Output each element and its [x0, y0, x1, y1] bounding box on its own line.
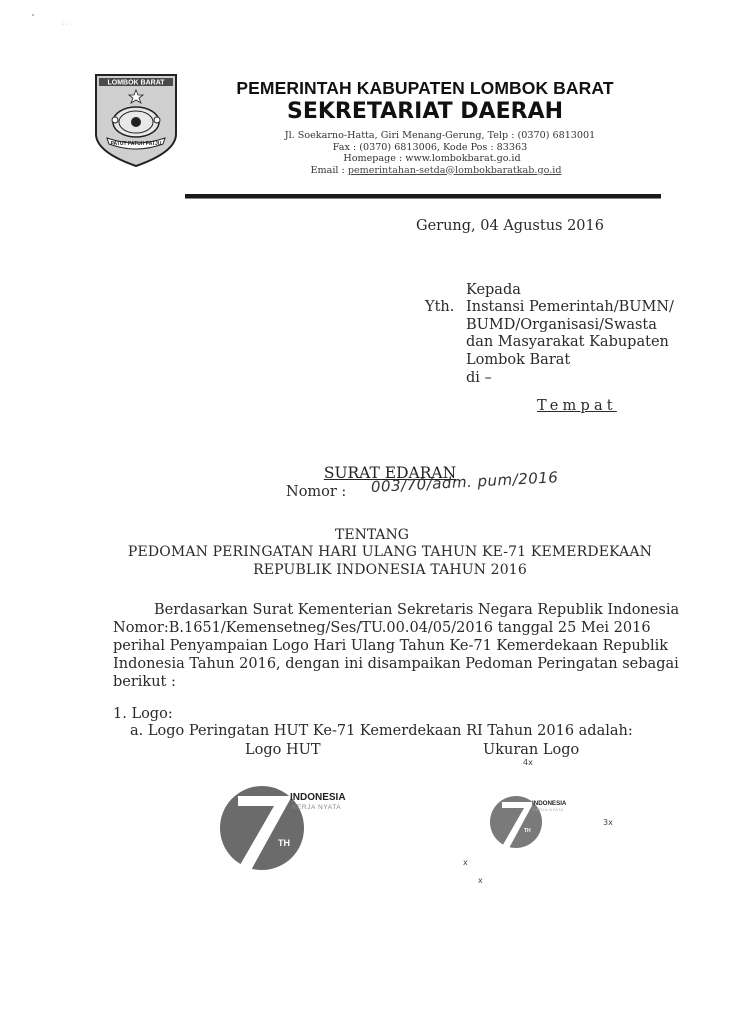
- dimension-label: 3x: [603, 818, 613, 827]
- scan-artifact: [32, 14, 34, 16]
- recipient-line: Instansi Pemerintah/BUMN/: [466, 299, 674, 317]
- email-link[interactable]: pemerintahan-setda@lombokbaratkab.go.id: [348, 165, 562, 176]
- svg-text:INDONESIA: INDONESIA: [290, 792, 346, 803]
- dimension-label: x: [478, 876, 483, 885]
- recipient-tempat: Tempat: [537, 398, 617, 414]
- svg-text:LOMBOK BARAT: LOMBOK BARAT: [107, 80, 165, 87]
- recipient-yth: Yth.: [425, 299, 454, 315]
- list-subitem-logo: a. Logo Peringatan HUT Ke-71 Kemerdekaan…: [130, 723, 633, 739]
- recipient-line: di –: [466, 370, 492, 388]
- number-label: Nomor :: [286, 484, 346, 500]
- paragraph-line: Nomor:B.1651/Kemensetneg/Ses/TU.00.04/05…: [113, 619, 630, 637]
- svg-text:INDONESIA: INDONESIA: [532, 800, 567, 807]
- recipient-line: Lombok Barat: [466, 352, 570, 370]
- about-label: TENTANG: [0, 527, 744, 543]
- lombok-barat-crest-icon: LOMBOK BARAT PATUT PATUH PATJU: [93, 72, 179, 168]
- subject-line: REPUBLIK INDONESIA TAHUN 2016: [100, 562, 680, 578]
- subject-line: PEDOMAN PERINGATAN HARI ULANG TAHUN KE-7…: [100, 544, 680, 560]
- svg-text:PATUT PATUH PATJU: PATUT PATUH PATJU: [111, 141, 162, 147]
- letterhead-divider: [185, 194, 661, 199]
- dimension-label: x: [463, 858, 468, 867]
- dimension-label: 4x: [523, 758, 533, 767]
- svg-text:KERJA NYATA: KERJA NYATA: [292, 804, 341, 811]
- paragraph-line: Indonesia Tahun 2016, dengan ini disampa…: [113, 655, 630, 673]
- svg-text:TH: TH: [524, 828, 531, 834]
- svg-text:TH: TH: [278, 838, 290, 848]
- svg-text:KERJA NYATA: KERJA NYATA: [533, 807, 564, 812]
- paragraph-line: Berdasarkan Surat Kementerian Sekretaris…: [113, 601, 630, 619]
- email-label: Email :: [311, 165, 348, 176]
- scan-artifact: : :: [62, 20, 68, 27]
- list-item-logo: 1. Logo:: [113, 706, 173, 722]
- caption-logo-size: Ukuran Logo: [483, 742, 579, 758]
- recipient-kepada: Kepada: [466, 282, 521, 298]
- email-line: Email : pemerintahan-setda@lombokbaratka…: [226, 165, 646, 177]
- paragraph-line: berikut :: [113, 673, 630, 691]
- homepage-line: Homepage : www.lombokbarat.go.id: [222, 153, 642, 165]
- paragraph-line: perihal Penyampaian Logo Hari Ulang Tahu…: [113, 637, 630, 655]
- hut-71-logo-small-icon: TH INDONESIA KERJA NYATA: [488, 790, 578, 850]
- body-paragraph: Berdasarkan Surat Kementerian Sekretaris…: [113, 601, 630, 691]
- place-date: Gerung, 04 Agustus 2016: [416, 218, 604, 234]
- department-name: SEKRETARIAT DAERAH: [190, 99, 660, 124]
- fax-line: Fax : (0370) 6813006, Kode Pos : 83363: [220, 142, 640, 154]
- caption-logo-hut: Logo HUT: [245, 742, 321, 758]
- recipient-line: dan Masyarakat Kabupaten: [466, 334, 669, 352]
- recipient-line: BUMD/Organisasi/Swasta: [466, 317, 657, 335]
- hut-71-logo-icon: TH INDONESIA KERJA NYATA: [220, 776, 360, 876]
- address-line: Jl. Soekarno-Hatta, Giri Menang-Gerung, …: [230, 130, 650, 142]
- organization-name: PEMERINTAH KABUPATEN LOMBOK BARAT: [190, 78, 660, 99]
